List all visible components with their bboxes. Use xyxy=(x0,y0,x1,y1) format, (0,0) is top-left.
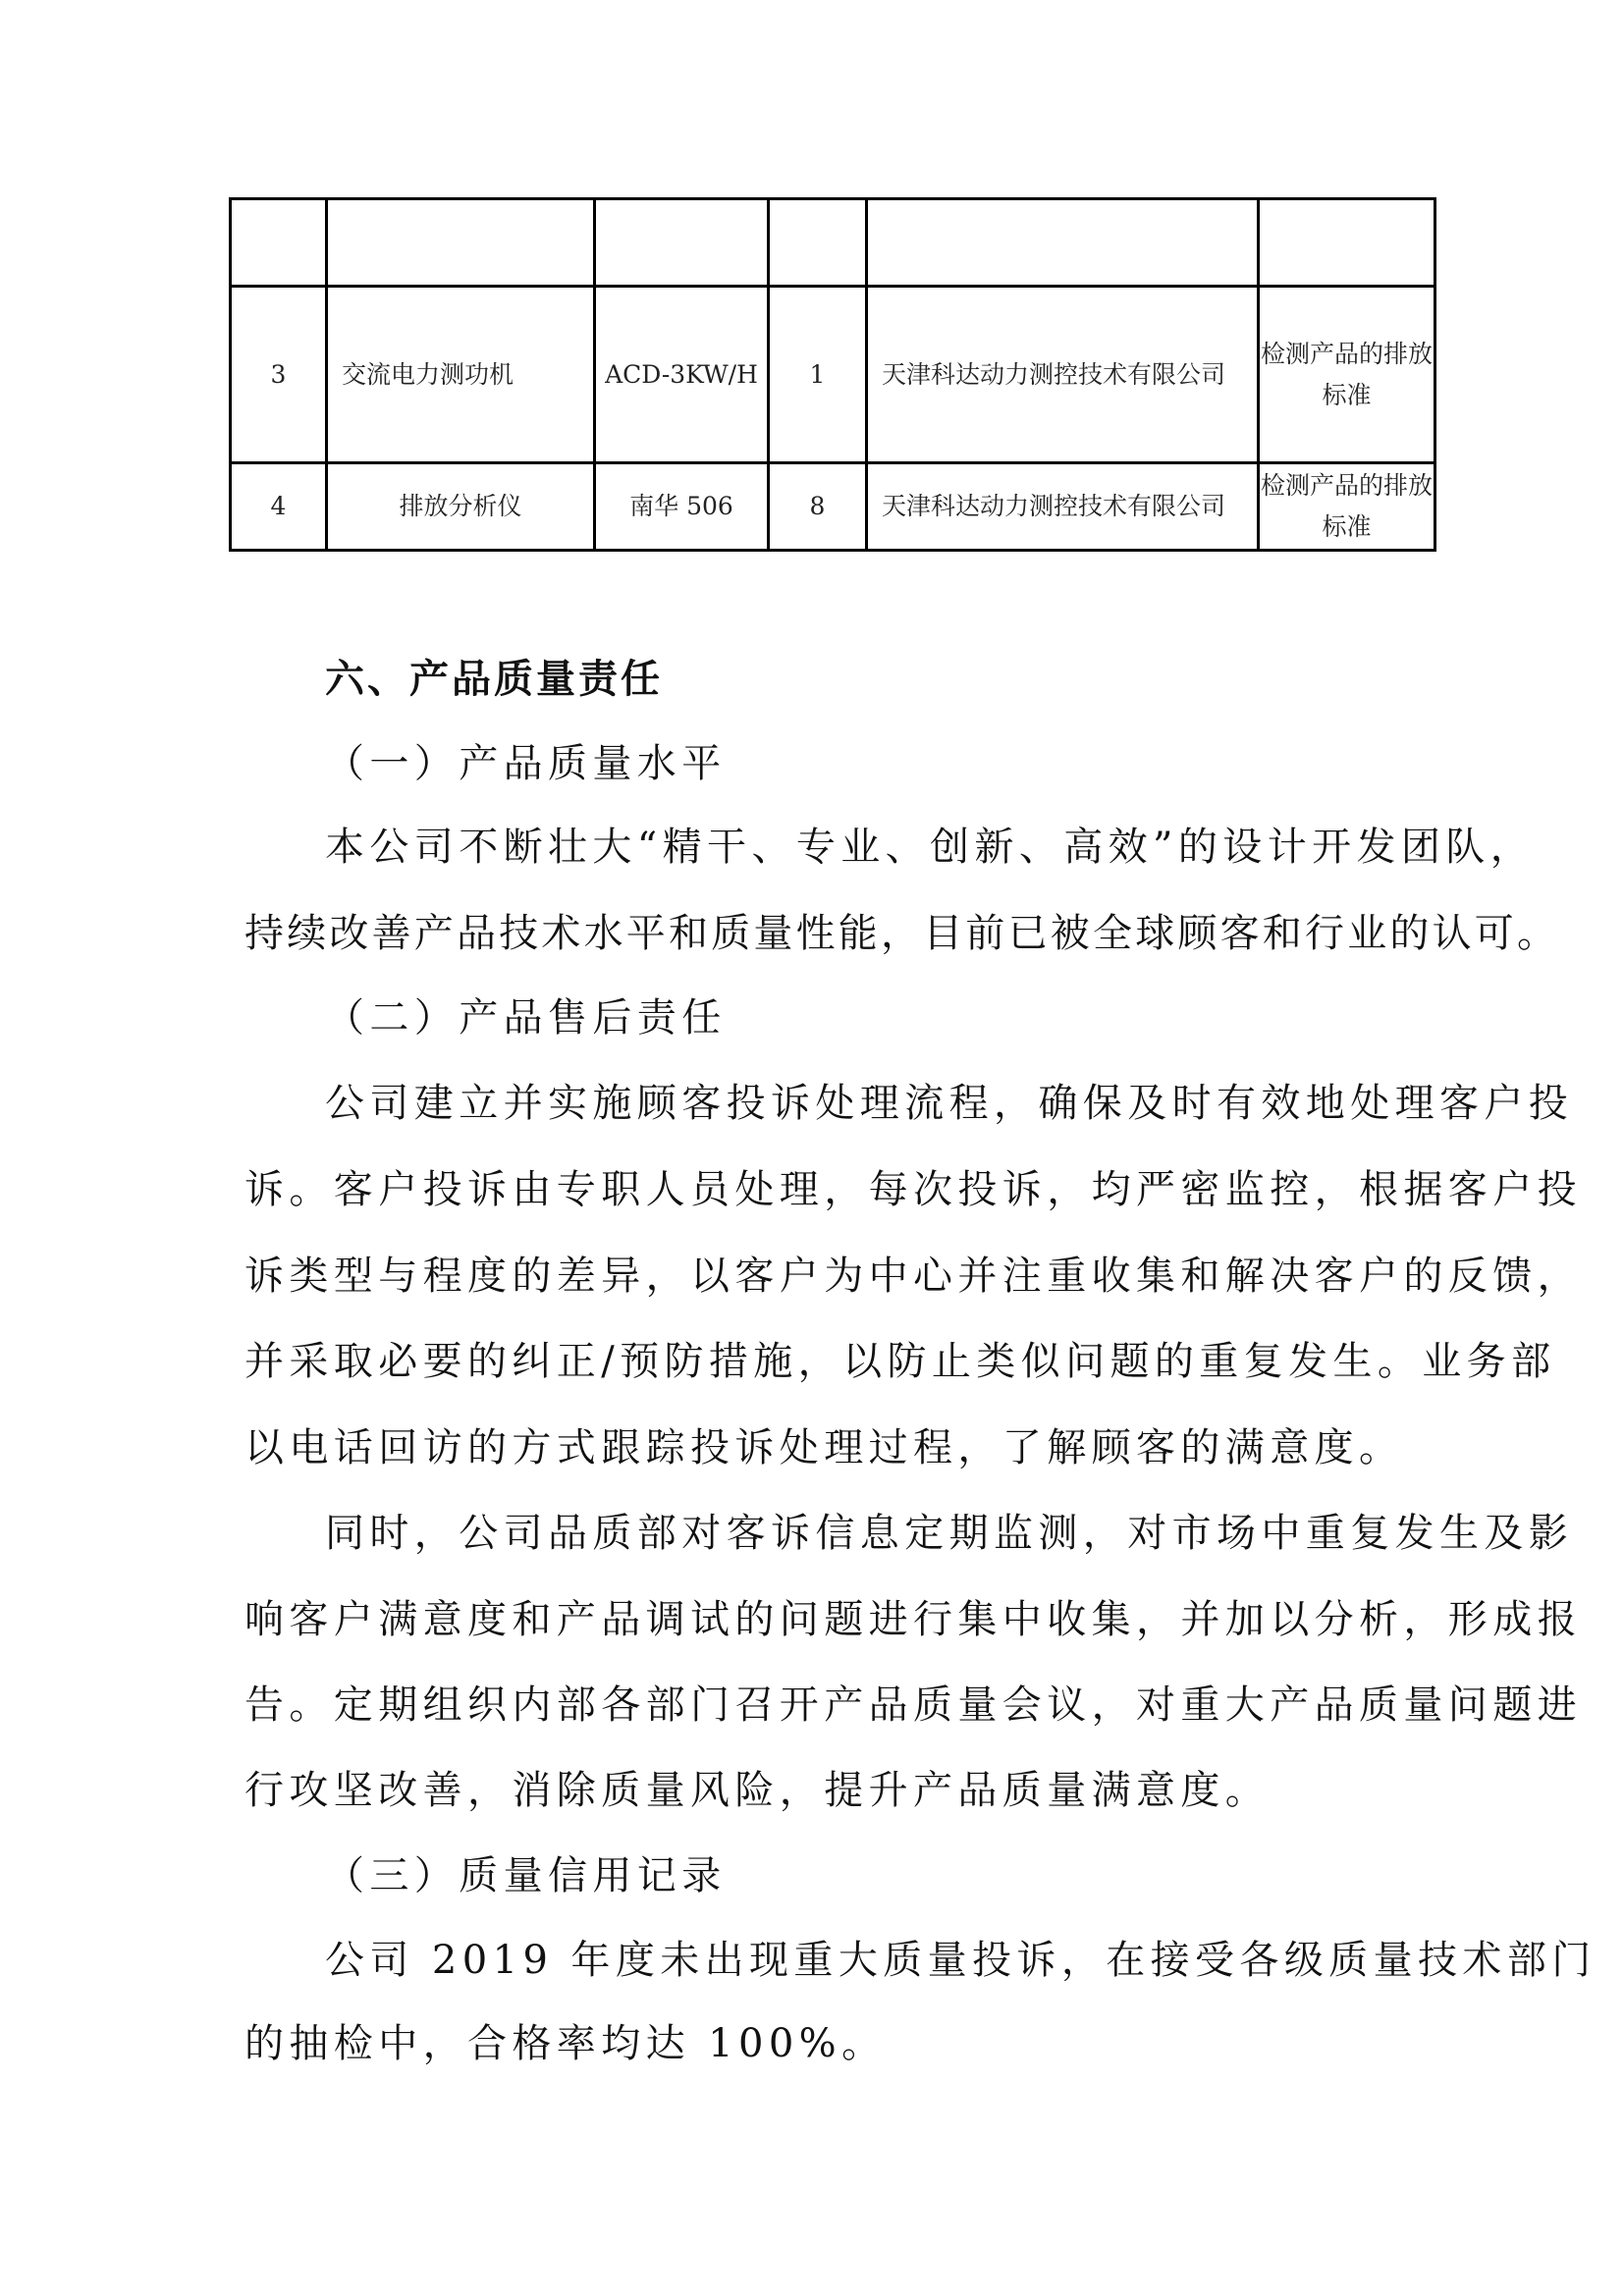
cell-purpose: 检测产品的排放标准 xyxy=(1259,463,1435,551)
cell-supplier: 天津科达动力测控技术有限公司 xyxy=(867,463,1259,551)
paragraph-line: 持续改善产品技术水平和质量性能，目前已被全球顾客和行业的认可。 xyxy=(244,904,1442,963)
paragraph-line: 告。定期组织内部各部门召开产品质量会议，对重大产品质量问题进 xyxy=(244,1676,1442,1735)
subsection-title-2: （二）产品售后责任 xyxy=(325,988,1523,1047)
cell-purpose: 检测产品的排放标准 xyxy=(1259,287,1435,463)
table-row: 3 交流电力测功机 ACD-3KW/H 1 天津科达动力测控技术有限公司 检测产… xyxy=(231,287,1435,463)
section-title: 六、产品质量责任 xyxy=(325,650,1523,709)
paragraph-line: 并采取必要的纠正/预防措施，以防止类似问题的重复发生。业务部 xyxy=(244,1332,1442,1391)
cell-name: 排放分析仪 xyxy=(327,463,595,551)
paragraph-line: 的抽检中，合格率均达 100%。 xyxy=(244,2014,1442,2073)
paragraph-line: 公司 2019 年度未出现重大质量投诉，在接受各级质量技术部门 xyxy=(325,1931,1523,1990)
table-cell xyxy=(769,199,867,287)
paragraph-line: 以电话回访的方式跟踪投诉处理过程，了解顾客的满意度。 xyxy=(244,1418,1442,1477)
cell-qty: 1 xyxy=(769,287,867,463)
cell-no: 3 xyxy=(231,287,327,463)
paragraph-line: 同时，公司品质部对客诉信息定期监测，对市场中重复发生及影 xyxy=(325,1504,1523,1563)
cell-qty: 8 xyxy=(769,463,867,551)
table-cell xyxy=(1259,199,1435,287)
paragraph-line: 诉。客户投诉由专职人员处理，每次投诉，均严密监控，根据客户投 xyxy=(244,1160,1442,1219)
cell-supplier: 天津科达动力测控技术有限公司 xyxy=(867,287,1259,463)
cell-model: ACD-3KW/H xyxy=(595,287,769,463)
paragraph-line: 公司建立并实施顾客投诉处理流程，确保及时有效地处理客户投 xyxy=(325,1074,1523,1133)
cell-no: 4 xyxy=(231,463,327,551)
table-cell xyxy=(867,199,1259,287)
subsection-title-1: （一）产品质量水平 xyxy=(325,734,1523,793)
subsection-title-3: （三）质量信用记录 xyxy=(325,1846,1523,1905)
table-cell xyxy=(327,199,595,287)
cell-name: 交流电力测功机 xyxy=(327,287,595,463)
paragraph-line: 响客户满意度和产品调试的问题进行集中收集，并加以分析，形成报 xyxy=(244,1590,1442,1649)
table-row: 4 排放分析仪 南华 506 8 天津科达动力测控技术有限公司 检测产品的排放标… xyxy=(231,463,1435,551)
paragraph-line: 行攻坚改善，消除质量风险，提升产品质量满意度。 xyxy=(244,1761,1442,1820)
paragraph-line: 本公司不断壮大“精干、专业、创新、高效”的设计开发团队， xyxy=(325,818,1523,877)
table-cell xyxy=(231,199,327,287)
cell-model: 南华 506 xyxy=(595,463,769,551)
table-cell xyxy=(595,199,769,287)
table-row xyxy=(231,199,1435,287)
equipment-table: 3 交流电力测功机 ACD-3KW/H 1 天津科达动力测控技术有限公司 检测产… xyxy=(229,197,1436,552)
paragraph-line: 诉类型与程度的差异，以客户为中心并注重收集和解决客户的反馈， xyxy=(244,1247,1442,1306)
